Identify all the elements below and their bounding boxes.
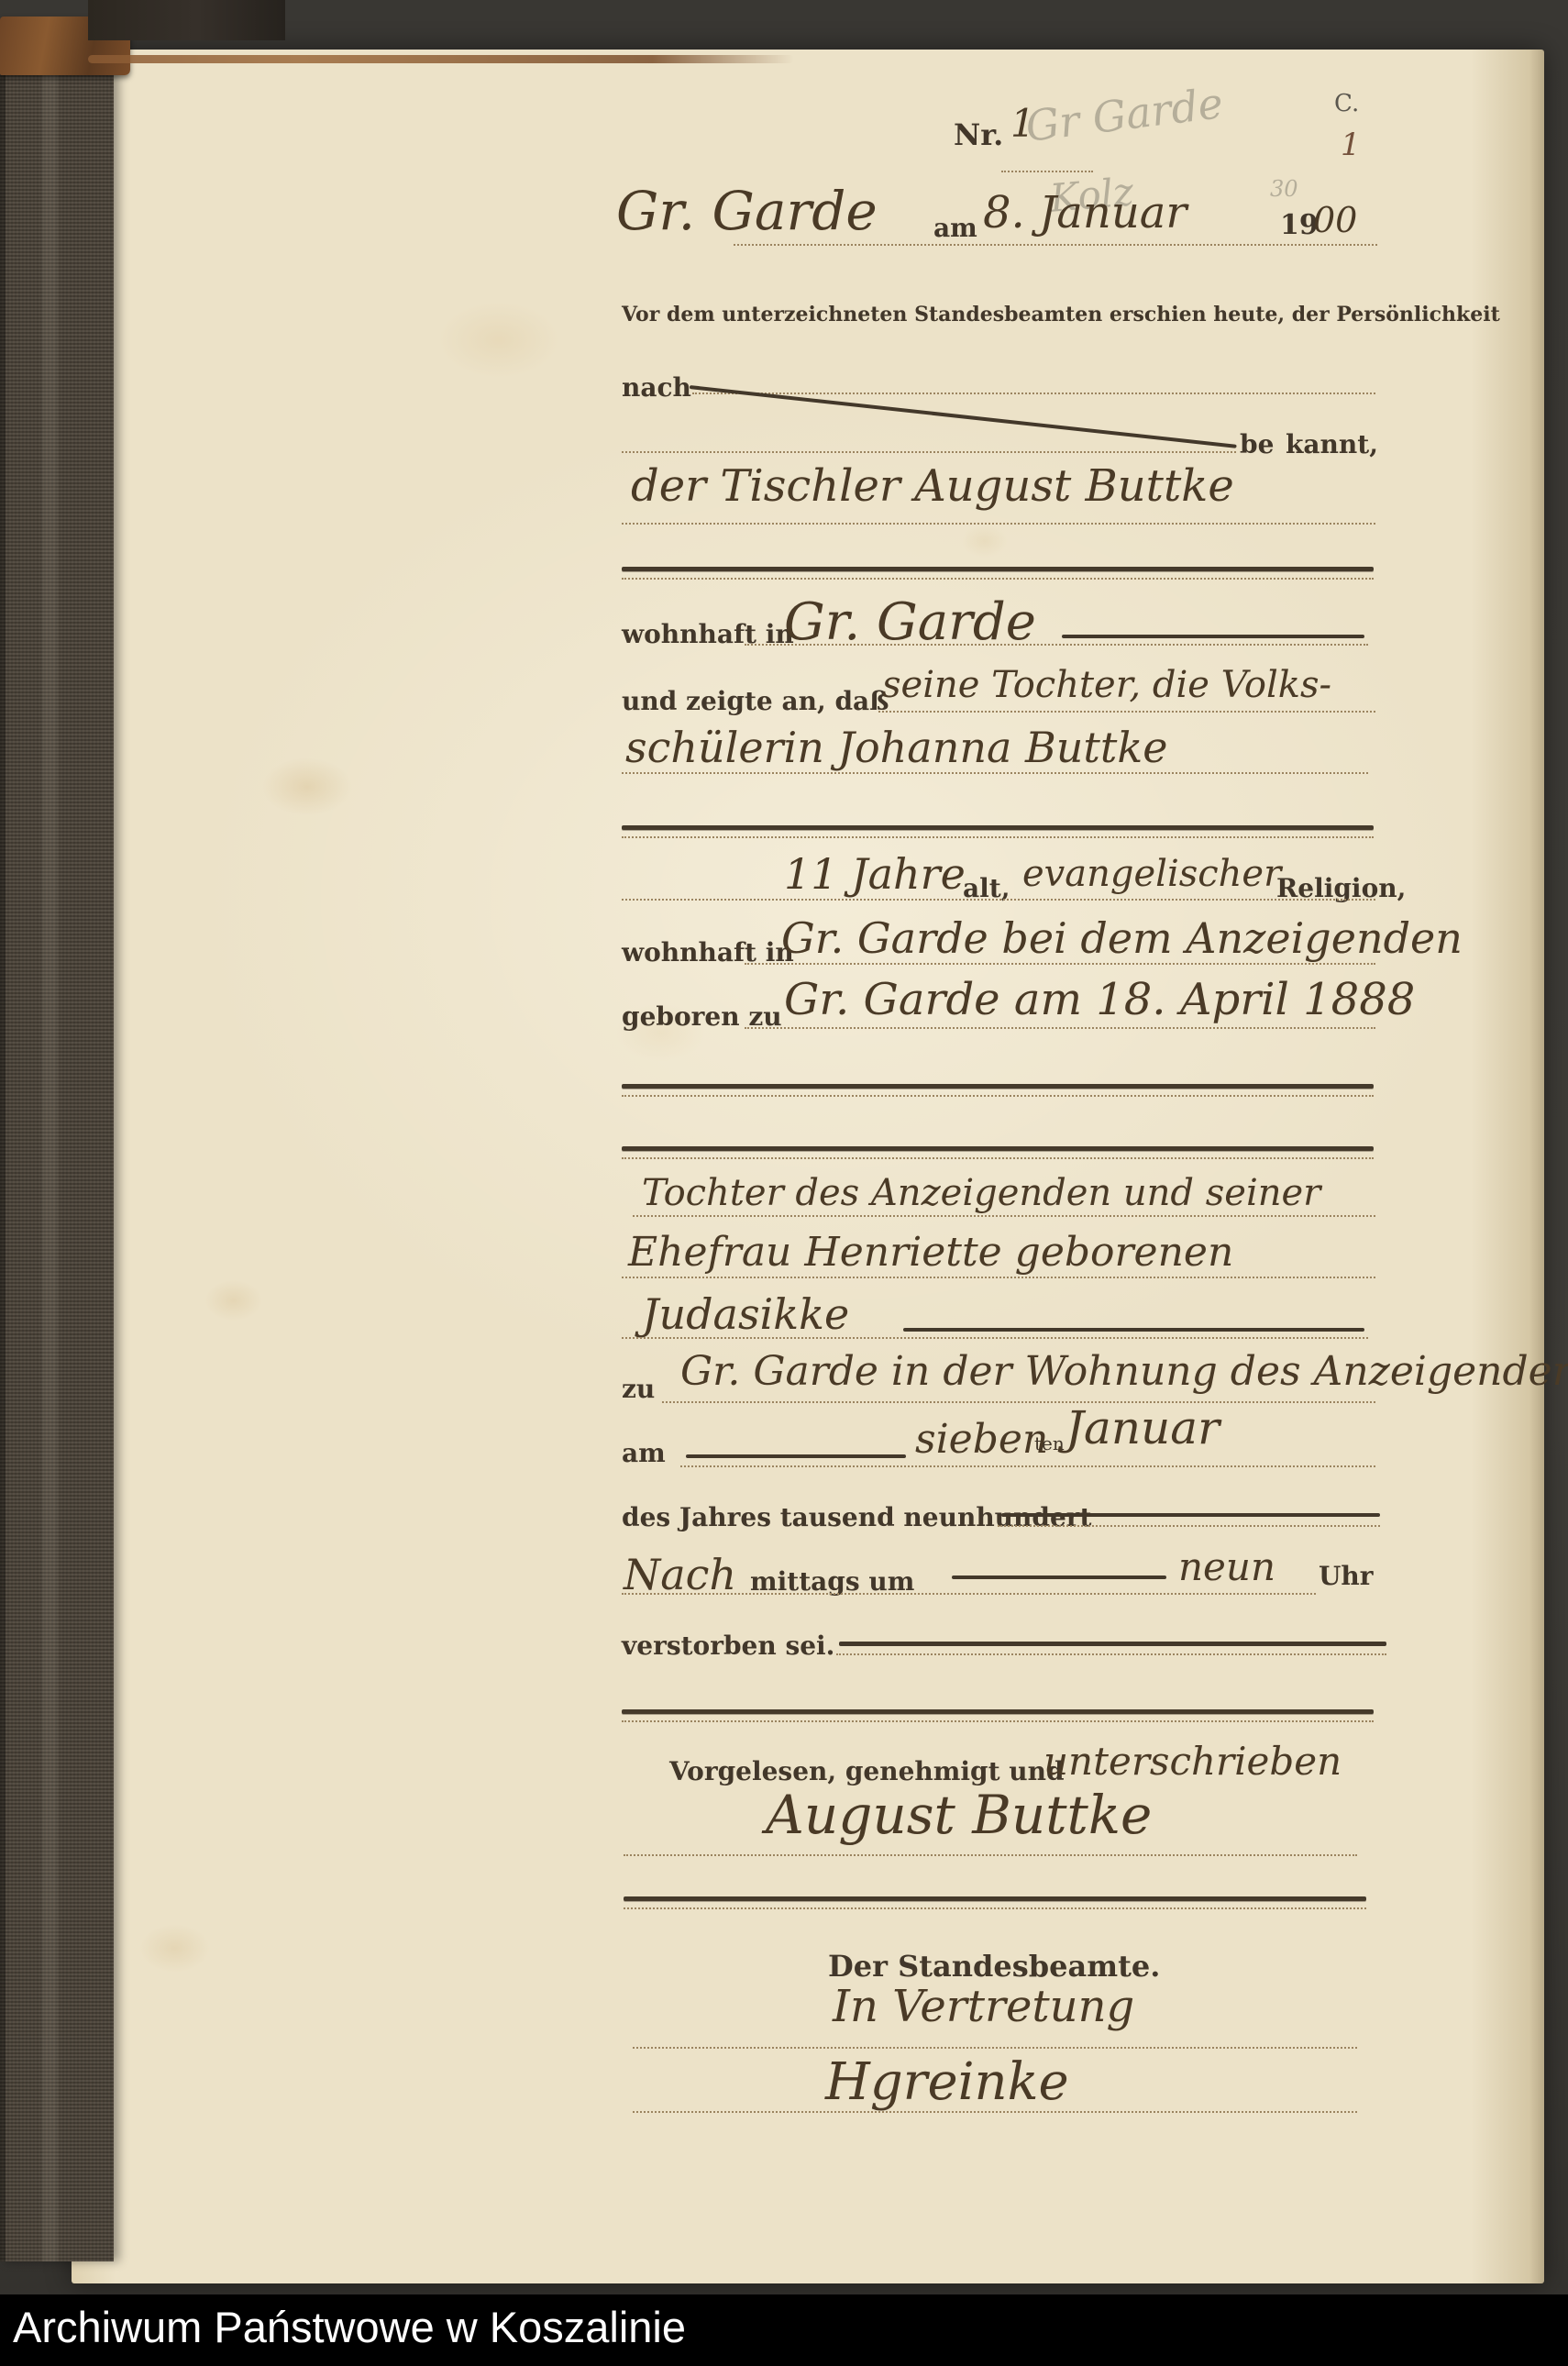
- form-rule: [622, 1709, 1374, 1714]
- dotted-line: [622, 523, 1375, 525]
- am-label: am: [933, 213, 977, 243]
- dotted-line: [622, 772, 1368, 774]
- intro-text: Vor dem unterzeichneten Standesbeamten e…: [622, 303, 1500, 326]
- cover-shadow: [88, 0, 285, 40]
- dotted-line: [1001, 171, 1093, 172]
- dotted-line: [734, 244, 1377, 246]
- dotted-line: [633, 1215, 1375, 1217]
- pencil-note-number: 30: [1270, 176, 1298, 202]
- fill-line: [1062, 635, 1364, 638]
- dotted-line: [622, 1157, 1374, 1159]
- dotted-line: [622, 1720, 1374, 1722]
- form-rule: [624, 1896, 1366, 1901]
- fill-line: [903, 1328, 1364, 1332]
- declarant-name: der Tischler August Buttke: [631, 460, 1234, 512]
- death-hour: neun: [1178, 1544, 1275, 1589]
- zu-label: zu: [622, 1374, 655, 1404]
- uhr-label: Uhr: [1319, 1561, 1374, 1591]
- relation-line-1: Tochter des Anzeigenden und seiner: [642, 1172, 1320, 1214]
- page-block-edge: [88, 55, 794, 63]
- dotted-line: [624, 1907, 1366, 1909]
- form-rule: [622, 1146, 1374, 1151]
- dotted-line: [622, 899, 1375, 901]
- dotted-line: [622, 1095, 1374, 1097]
- dotted-line: [622, 1337, 1368, 1339]
- fill-line: [839, 1642, 1386, 1646]
- report-line-1: seine Tochter, die Volks-: [882, 664, 1331, 706]
- form-rule: [622, 1084, 1374, 1089]
- relation-line-2: Ehefrau Henriette geborenen: [628, 1229, 1233, 1276]
- fill-line: [1001, 1513, 1380, 1517]
- dotted-line: [622, 1593, 1316, 1595]
- registrar-label: Der Standesbeamte.: [828, 1949, 1160, 1984]
- corner-number: 1: [1341, 127, 1361, 163]
- dotted-line: [624, 1854, 1357, 1856]
- death-place: Gr. Garde in der Wohnung des Anzeigenden: [680, 1348, 1568, 1395]
- archive-name: Archiwum Państwowe w Koszalinie: [13, 2302, 686, 2352]
- am-death-label: am: [622, 1438, 666, 1468]
- form-rule: [622, 567, 1374, 571]
- registrar-signature: Hgreinke: [825, 2052, 1069, 2112]
- death-day: sieben: [915, 1416, 1048, 1463]
- scanned-register-photo: C. 1 Gr Garde Kolz 30 Nr. 1 Gr. Garde am…: [0, 0, 1568, 2366]
- dotted-line: [836, 1653, 1386, 1655]
- dotted-line: [745, 1027, 1375, 1029]
- record-number-value: 1: [1010, 101, 1035, 146]
- form-rule: [622, 825, 1374, 830]
- dotted-line: [622, 1277, 1375, 1278]
- declarant-signature: August Buttke: [766, 1784, 1152, 1846]
- dotted-line: [745, 963, 1375, 965]
- dotted-line: [622, 451, 1236, 453]
- fill-line: [952, 1575, 1166, 1579]
- verstorben-label: verstorben sei.: [622, 1631, 834, 1661]
- be-label: be: [1240, 429, 1274, 459]
- dotted-line: [622, 836, 1374, 838]
- dotted-line: [680, 1465, 1375, 1467]
- jahres-label: des Jahres tausend neunhundert: [622, 1502, 1091, 1532]
- dotted-line: [622, 578, 1374, 580]
- birth-place-date: Gr. Garde am 18. April 1888: [784, 974, 1415, 1025]
- report-line-2: schülerin Johanna Buttke: [625, 723, 1168, 772]
- dotted-line: [633, 2111, 1357, 2113]
- residence-2: Gr. Garde bei dem Anzeigenden: [781, 913, 1463, 963]
- record-place: Gr. Garde: [616, 180, 878, 242]
- mother-maiden-name: Judasikke: [642, 1289, 849, 1339]
- register-page: [72, 50, 1544, 2283]
- year-written: 00: [1313, 200, 1357, 240]
- age-value: 11 Jahre: [784, 849, 966, 899]
- daytime-written: Nach: [624, 1550, 736, 1599]
- fill-line: [686, 1454, 906, 1458]
- zeigte-an-label: und zeigte an, daß: [622, 686, 889, 716]
- religion-value: evangelischer: [1022, 853, 1281, 895]
- nach-label: nach: [622, 372, 691, 403]
- record-date: 8. Januar: [983, 187, 1187, 238]
- dotted-line: [633, 2047, 1357, 2049]
- kannt-label: kannt,: [1286, 429, 1378, 459]
- ten-suffix-label: ten: [1034, 1432, 1065, 1454]
- record-number-label: Nr.: [954, 117, 1003, 152]
- vertretung-note: In Vertretung: [833, 1981, 1134, 2032]
- dotted-line: [745, 644, 1368, 646]
- dotted-line: [692, 392, 1375, 394]
- closing-printed: Vorgelesen, genehmigt und: [669, 1756, 1065, 1786]
- dotted-line: [662, 1401, 1375, 1403]
- death-month: Januar: [1066, 1401, 1220, 1454]
- closing-written: unterschrieben: [1043, 1739, 1342, 1784]
- dotted-line: [878, 711, 1375, 713]
- book-binding-cloth: [0, 68, 114, 2261]
- dotted-line: [998, 1525, 1380, 1527]
- corner-letter: C.: [1334, 90, 1359, 117]
